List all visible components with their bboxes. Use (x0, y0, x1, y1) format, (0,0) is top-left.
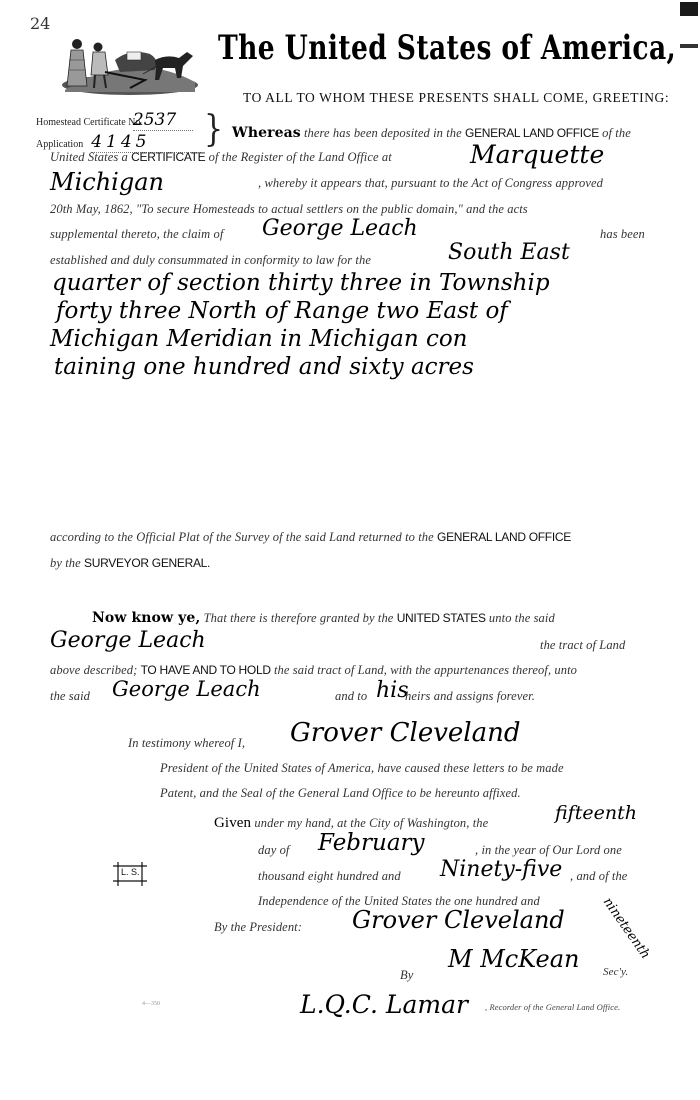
plat-line-1: according to the Official Plat of the Su… (50, 530, 571, 545)
whereas-line-2: United States a CERTIFICATE of the Regis… (50, 150, 392, 165)
by-president-label: By the President: (214, 920, 302, 935)
land-office-state: Michigan (50, 168, 164, 196)
grant-line-4-end: heirs and assigns forever. (405, 689, 535, 704)
scan-edge-mark (680, 44, 698, 48)
given-line-2-start: day of (258, 843, 290, 858)
given-line-3-end: , and of the (570, 869, 627, 884)
recorder-title: , Recorder of the General Land Office. (485, 1002, 620, 1012)
greeting-line: TO ALL TO WHOM THESE PRESENTS SHALL COME… (243, 90, 669, 106)
page-number: 24 (30, 14, 50, 33)
grant-lead: Now know ye, (92, 610, 200, 626)
whereas-line-6: established and duly consummated in conf… (50, 253, 371, 268)
grant-line-4-mid: and to (335, 689, 367, 704)
president-signature-testimony: Grover Cleveland (290, 718, 521, 748)
grantee-pronoun: his (376, 678, 409, 703)
president-signature: Grover Cleveland (352, 906, 565, 934)
claimant-name: George Leach (262, 216, 418, 241)
land-office-city: Marquette (470, 140, 604, 169)
homestead-certificate-field: Homestead Certificate No. 2537 (36, 110, 193, 131)
testimony-line-2: President of the United States of Americ… (160, 761, 564, 776)
seal-placeholder: L. S. (113, 862, 147, 886)
document-title: The United States of America, (218, 28, 676, 68)
secretary-title: Sec'y. (603, 966, 628, 978)
scan-edge-mark (680, 2, 698, 16)
form-number: 4—350 (142, 1001, 160, 1007)
whereas-line-1: Whereas there has been deposited in the … (232, 125, 631, 141)
testimony-line-3: Patent, and the Seal of the General Land… (160, 786, 521, 801)
brace-glyph: } (204, 109, 223, 151)
grant-line-4-start: the said (50, 689, 90, 704)
given-lead: Given (214, 815, 251, 831)
whereas-lead: Whereas (232, 125, 301, 141)
farm-scene-engraving-icon (55, 30, 200, 100)
land-description-line-4: taining one hundred and sixty acres (54, 354, 474, 380)
grantee-name-repeat: George Leach (112, 677, 261, 701)
given-line-2-end: , in the year of Our Lord one (475, 843, 622, 858)
grant-line-3: above described; TO HAVE AND TO HOLD the… (50, 663, 577, 678)
given-line-3-start: thousand eight hundred and (258, 869, 401, 884)
grant-line-2-end: the tract of Land (540, 638, 625, 653)
grant-line-1: Now know ye, That there is therefore gra… (92, 610, 555, 626)
land-description-line-3: Michigan Meridian in Michigan con (50, 326, 467, 352)
secretary-signature: M McKean (448, 945, 579, 973)
land-description-line-2: forty three North of Range two East of (56, 298, 508, 324)
grantee-name: George Leach (50, 628, 206, 653)
land-description-line-0: South East (448, 240, 570, 265)
homestead-label: Homestead Certificate No. (36, 117, 143, 128)
application-label: Application (36, 139, 83, 150)
given-year: Ninety-five (440, 857, 562, 882)
testimony-line-1: In testimony whereof I, (128, 736, 245, 751)
seal-label: L. S. (121, 867, 140, 877)
whereas-line-3: , whereby it appears that, pursuant to t… (258, 176, 603, 191)
given-month: February (318, 830, 425, 856)
whereas-line-5-end: has been (600, 227, 645, 242)
whereas-line-4: 20th May, 1862, "To secure Homesteads to… (50, 202, 528, 217)
land-description-line-1: quarter of section thirty three in Towns… (52, 270, 550, 296)
homestead-number: 2537 (133, 110, 193, 131)
whereas-line-5: supplemental thereto, the claim of (50, 227, 223, 242)
recorder-signature: L.Q.C. Lamar (300, 990, 468, 1019)
plat-line-2: by the SURVEYOR GENERAL. (50, 556, 210, 571)
independence-year: nineteenth (600, 895, 653, 962)
given-day: fifteenth (555, 802, 637, 824)
by-label: By (400, 968, 413, 983)
